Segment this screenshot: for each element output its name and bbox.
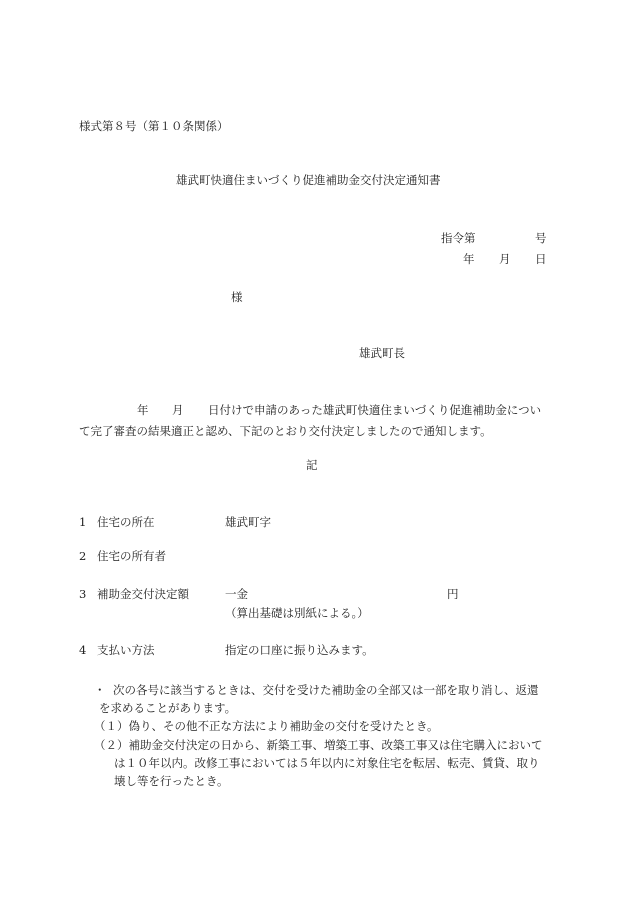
number-suffix: 号: [535, 230, 547, 246]
item-unit: 円: [447, 586, 459, 602]
date-month: 月: [499, 251, 511, 267]
item-number: 2: [79, 548, 86, 564]
bullet: ・: [94, 682, 106, 698]
item-label: 住宅の所有者: [97, 548, 166, 564]
item-label: 補助金交付決定額: [97, 586, 189, 602]
ki-heading: 記: [306, 457, 318, 473]
item-label: 住宅の所在: [97, 514, 155, 530]
body-year: 年: [137, 402, 149, 418]
body-line2: て完了審査の結果適正と認め、下記のとおり交付決定しましたので通知します。: [79, 423, 492, 439]
document-title: 雄武町快適住まいづくり促進補助金交付決定通知書: [176, 172, 441, 188]
notes-sub2-line2: は１０年以内。改修工事においては５年以内に対象住宅を転居、転売、賃貸、取り: [114, 755, 540, 771]
notes-intro-line2: を求めることがあります。: [99, 700, 236, 716]
notes-sub2-line3: 壊し等を行ったとき。: [114, 773, 229, 789]
date-day: 日: [535, 251, 547, 267]
body-line1: 日付けで申請のあった雄武町快適住まいづくり促進補助金につい: [208, 402, 541, 418]
notes-intro-line1: 次の各号に該当するときは、交付を受けた補助金の全部又は一部を取り消し、返還: [113, 682, 539, 698]
notes-sub2-line1: （２）補助金交付決定の日から、新築工事、増築工事、改築工事又は住宅購入において: [94, 737, 543, 753]
item-value: 一金: [225, 586, 248, 602]
item-value: 雄武町字: [225, 514, 271, 530]
date-year: 年: [463, 251, 475, 267]
item-label: 支払い方法: [97, 642, 155, 658]
notes-sub1: （１）偽り、その他不正な方法により補助金の交付を受けたとき。: [94, 718, 439, 734]
item-note: （算出基礎は別紙による。）: [225, 605, 369, 621]
directive-label: 指令第: [441, 230, 476, 246]
body-month: 月: [172, 402, 184, 418]
item-number: 3: [79, 586, 86, 602]
issuer: 雄武町長: [359, 345, 405, 361]
item-value: 指定の口座に振り込みます。: [225, 642, 374, 658]
form-number: 様式第８号（第１０条関係）: [79, 118, 229, 134]
recipient-honorific: 様: [231, 289, 243, 305]
item-number: 4: [79, 642, 86, 658]
item-number: 1: [79, 514, 86, 530]
